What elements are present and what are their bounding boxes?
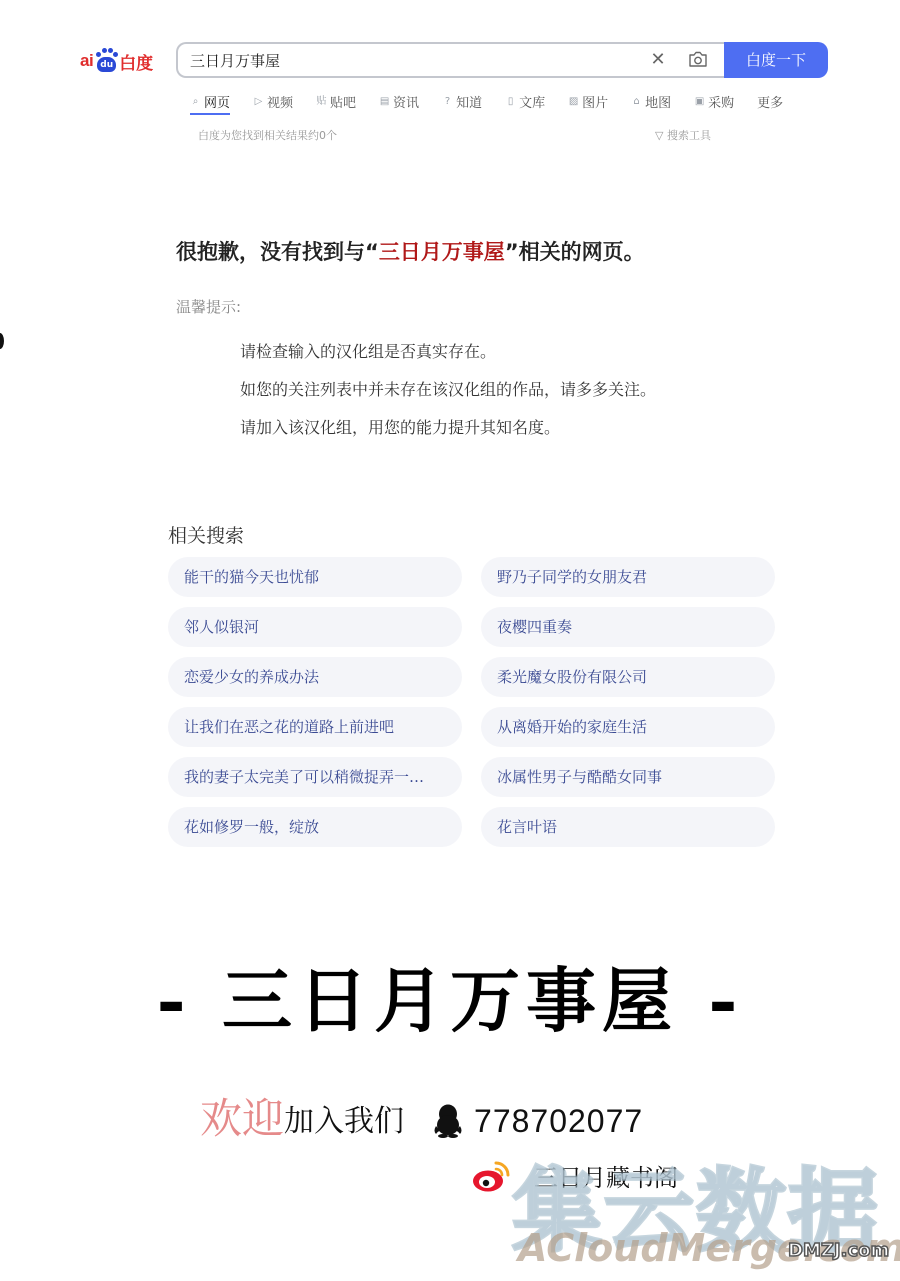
group-banner-title: - 三日月万事屋 - (0, 945, 900, 1046)
related-search-item[interactable]: 我的妻子太完美了可以稍微捉弄一… (168, 757, 462, 797)
related-search-item[interactable]: 花言叶语 (481, 807, 775, 847)
image-icon: ▨ (568, 96, 579, 107)
qq-penguin-icon (432, 1104, 464, 1138)
tab-map[interactable]: ⌂ 地图 (631, 90, 671, 112)
related-search-item[interactable]: 让我们在恶之花的道路上前进吧 (168, 707, 462, 747)
paw-icon: du (94, 48, 118, 74)
related-search-item[interactable]: 能干的猫今天也忧郁 (168, 557, 462, 597)
no-result-message: 很抱歉，没有找到与“三日月万事屋”相关的网页。 (176, 236, 645, 266)
related-search-item[interactable]: 从离婚开始的家庭生活 (481, 707, 775, 747)
logo-ai: ai (80, 51, 93, 71)
watermark-dmzj: DMZJ.com (788, 1240, 889, 1261)
tab-webpage[interactable]: ⌕ 网页 (190, 90, 230, 112)
result-count: 白度为您找到相关结果约0个 (198, 127, 337, 143)
search-tabs: ⌕ 网页 ▷ 视频 贴 贴吧 ▤ 资讯 ? 知道 ▯ 文库 ▨ 图片 ⌂ 地图 … (190, 90, 806, 112)
tieba-icon: 贴 (316, 96, 327, 107)
tab-video[interactable]: ▷ 视频 (253, 90, 293, 112)
video-icon: ▷ (253, 96, 264, 107)
tip-item: 请检查输入的汉化组是否真实存在。 (240, 333, 656, 371)
related-search-item[interactable]: 冰属性男子与酷酷女同事 (481, 757, 775, 797)
tip-item: 如您的关注列表中并未存在该汉化组的作品，请多多关注。 (240, 371, 656, 409)
weibo-account-name: 三日月藏书阁 (534, 1158, 678, 1193)
shopping-icon: ▣ (694, 96, 705, 107)
search-button[interactable]: 白度一下 (724, 42, 828, 78)
no-result-query: 三日月万事屋 (379, 240, 505, 264)
map-icon: ⌂ (631, 96, 642, 107)
welcome-text: 欢迎 (200, 1096, 284, 1142)
tab-images[interactable]: ▨ 图片 (568, 90, 608, 112)
active-tab-indicator (190, 113, 230, 115)
document-icon: ▯ (505, 96, 516, 107)
search-icon: ⌕ (190, 96, 201, 107)
related-searches: 能干的猫今天也忧郁 野乃子同学的女朋友君 邻人似银河 夜樱四重奏 恋爱少女的养成… (168, 557, 776, 847)
tab-news[interactable]: ▤ 资讯 (379, 90, 419, 112)
news-icon: ▤ (379, 96, 390, 107)
tips-list: 请检查输入的汉化组是否真实存在。 如您的关注列表中并未存在该汉化组的作品，请多多… (240, 333, 656, 447)
search-box: ✕ (176, 42, 736, 78)
related-search-item[interactable]: 柔光魔女股份有限公司 (481, 657, 775, 697)
search-input[interactable] (190, 44, 610, 76)
tab-tieba[interactable]: 贴 贴吧 (316, 90, 356, 112)
camera-icon[interactable] (688, 51, 708, 68)
related-search-item[interactable]: 夜樱四重奏 (481, 607, 775, 647)
logo-baidu-text: 白度 (119, 49, 153, 74)
related-search-item[interactable]: 花如修罗一般，绽放 (168, 807, 462, 847)
close-icon[interactable]: ✕ (648, 50, 668, 70)
related-search-item[interactable]: 邻人似银河 (168, 607, 462, 647)
related-searches-title: 相关搜索 (168, 521, 244, 548)
edge-artifact (0, 333, 4, 349)
question-icon: ? (442, 96, 453, 107)
weibo-icon (472, 1159, 512, 1193)
related-search-item[interactable]: 恋爱少女的养成办法 (168, 657, 462, 697)
weibo-line: 三日月藏书阁 (472, 1158, 678, 1193)
baidu-logo[interactable]: ai du 白度 (80, 46, 162, 76)
qq-group-number: 778702077 (474, 1100, 643, 1142)
tab-more[interactable]: 更多 (757, 90, 783, 112)
tip-item: 请加入该汉化组，用您的能力提升其知名度。 (240, 409, 656, 447)
filter-icon: ▽ (655, 129, 663, 142)
tips-label: 温馨提示: (176, 296, 241, 317)
join-text: 加入我们 (284, 1102, 404, 1142)
search-tools-button[interactable]: ▽ 搜索工具 (655, 127, 711, 143)
tab-wenku[interactable]: ▯ 文库 (505, 90, 545, 112)
tab-zhidao[interactable]: ? 知道 (442, 90, 482, 112)
related-search-item[interactable]: 野乃子同学的女朋友君 (481, 557, 775, 597)
join-us-line: 欢迎 加入我们 778702077 (200, 1096, 643, 1142)
tab-shopping[interactable]: ▣ 采购 (694, 90, 734, 112)
